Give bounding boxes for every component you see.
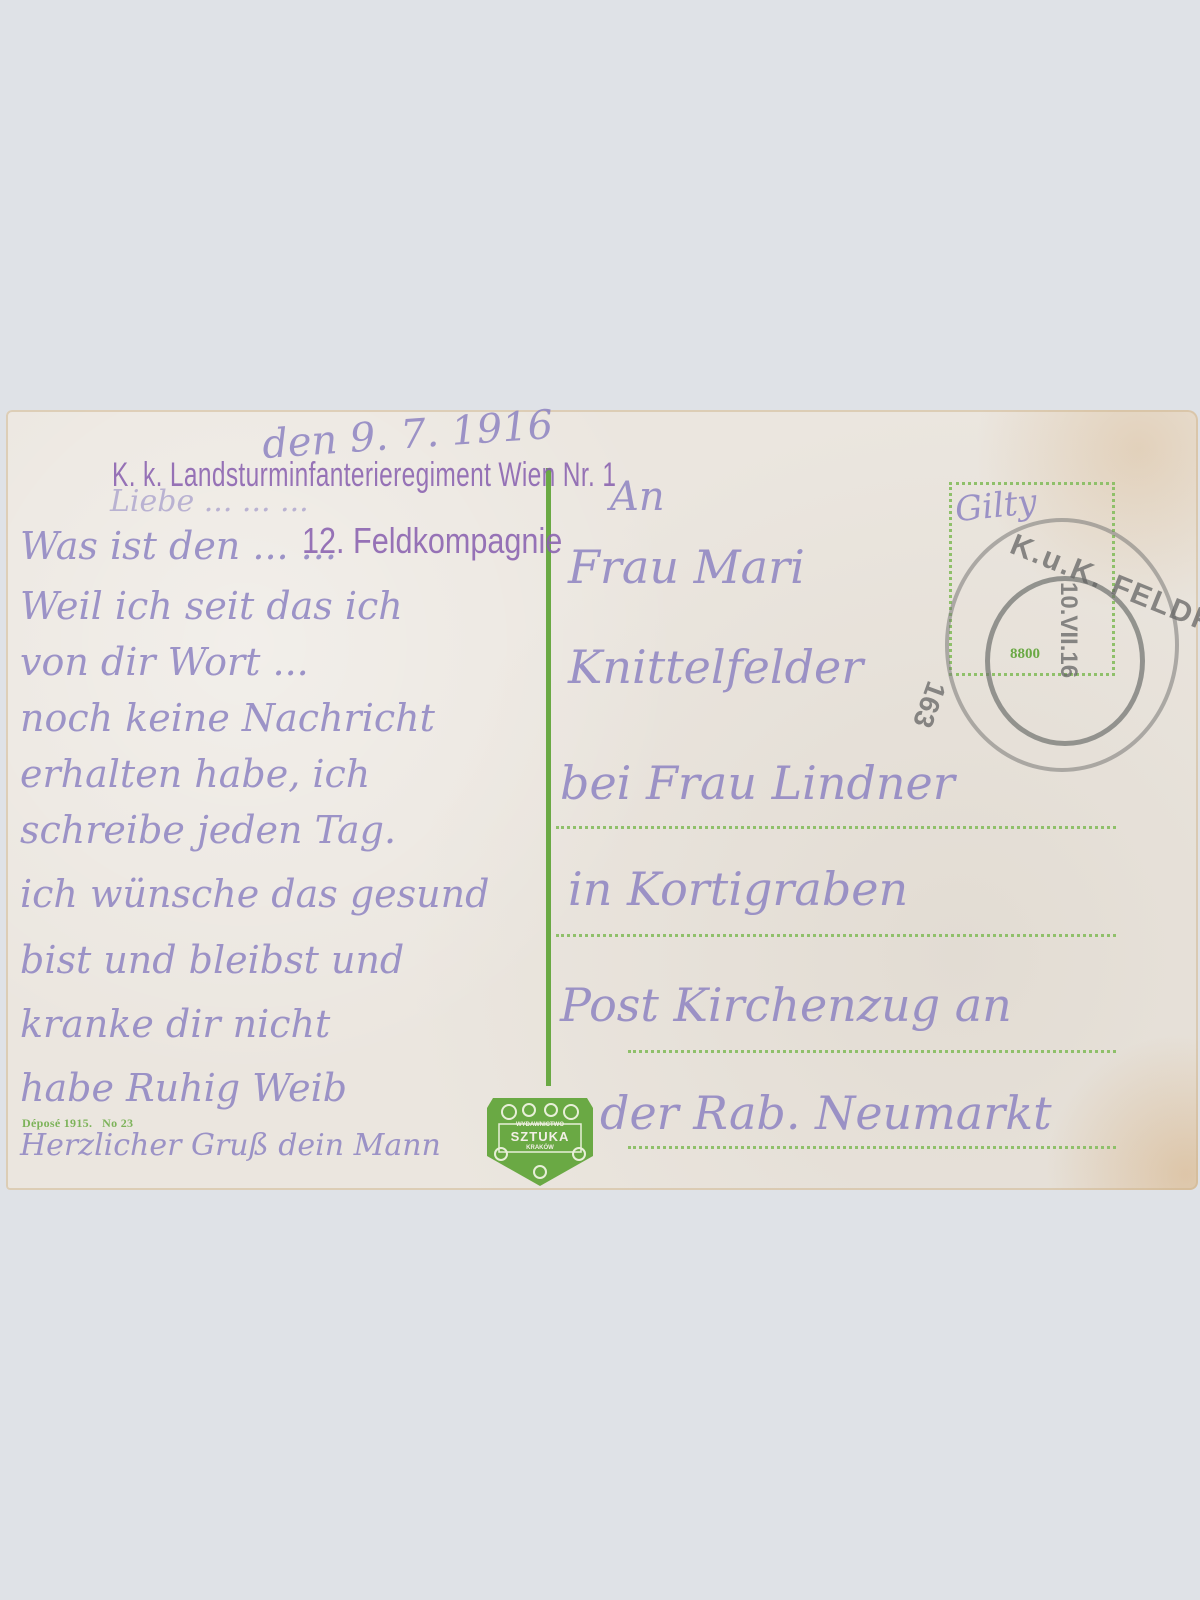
address-line [556, 934, 1116, 937]
logo-main-text: SZTUKA [487, 1129, 593, 1144]
message-line: bist und bleibst und [20, 938, 404, 982]
address-line-text: An [610, 474, 665, 520]
address-line-text: bei Frau Lindner [560, 756, 955, 810]
message-line: erhalten habe, ich [20, 752, 370, 796]
message-line: von dir Wort ... [20, 640, 309, 684]
regiment-stamp-line2: 12. Feldkompagnie [302, 520, 562, 562]
depose-label: Déposé 1915. [22, 1116, 92, 1130]
message-line: Herzlicher Gruß dein Mann [20, 1128, 441, 1163]
message-line: schreibe jeden Tag. [20, 808, 396, 852]
address-line-text: Frau Mari [568, 540, 805, 594]
address-line [556, 826, 1116, 829]
message-line: noch keine Nachricht [20, 696, 435, 740]
address-line-text: Knittelfelder [568, 640, 863, 694]
message-line: Weil ich seit das ich [20, 584, 403, 628]
regiment-stamp-line1: K. k. Landsturminfanterieregiment Wien N… [112, 456, 616, 495]
message-line: habe Ruhig Weib [20, 1066, 347, 1110]
message-line: kranke dir nicht [20, 1002, 330, 1046]
logo-bottom-text: KRAKÓW [487, 1145, 593, 1151]
address-line [628, 1050, 1116, 1053]
card-number: No 23 [102, 1116, 133, 1130]
message-line: Was ist den ... ... [20, 524, 337, 568]
address-line-text: in Kortigraben [568, 862, 908, 916]
address-line-text: Post Kirchenzug an [560, 978, 1012, 1032]
sztuka-publisher-logo: WYDAWNICTWO SZTUKA KRAKÓW [487, 1096, 593, 1186]
address-line [628, 1146, 1116, 1149]
handwritten-stamp-note: Gilty [953, 482, 1039, 530]
postmark-date: 10.VII.16 [1054, 582, 1082, 678]
depose-imprint: Déposé 1915. No 23 [22, 1116, 133, 1131]
address-line-text: der Rab. Neumarkt [600, 1086, 1052, 1140]
logo-top-text: WYDAWNICTWO [487, 1122, 593, 1128]
message-line: ich wünsche das gesund [20, 872, 489, 916]
